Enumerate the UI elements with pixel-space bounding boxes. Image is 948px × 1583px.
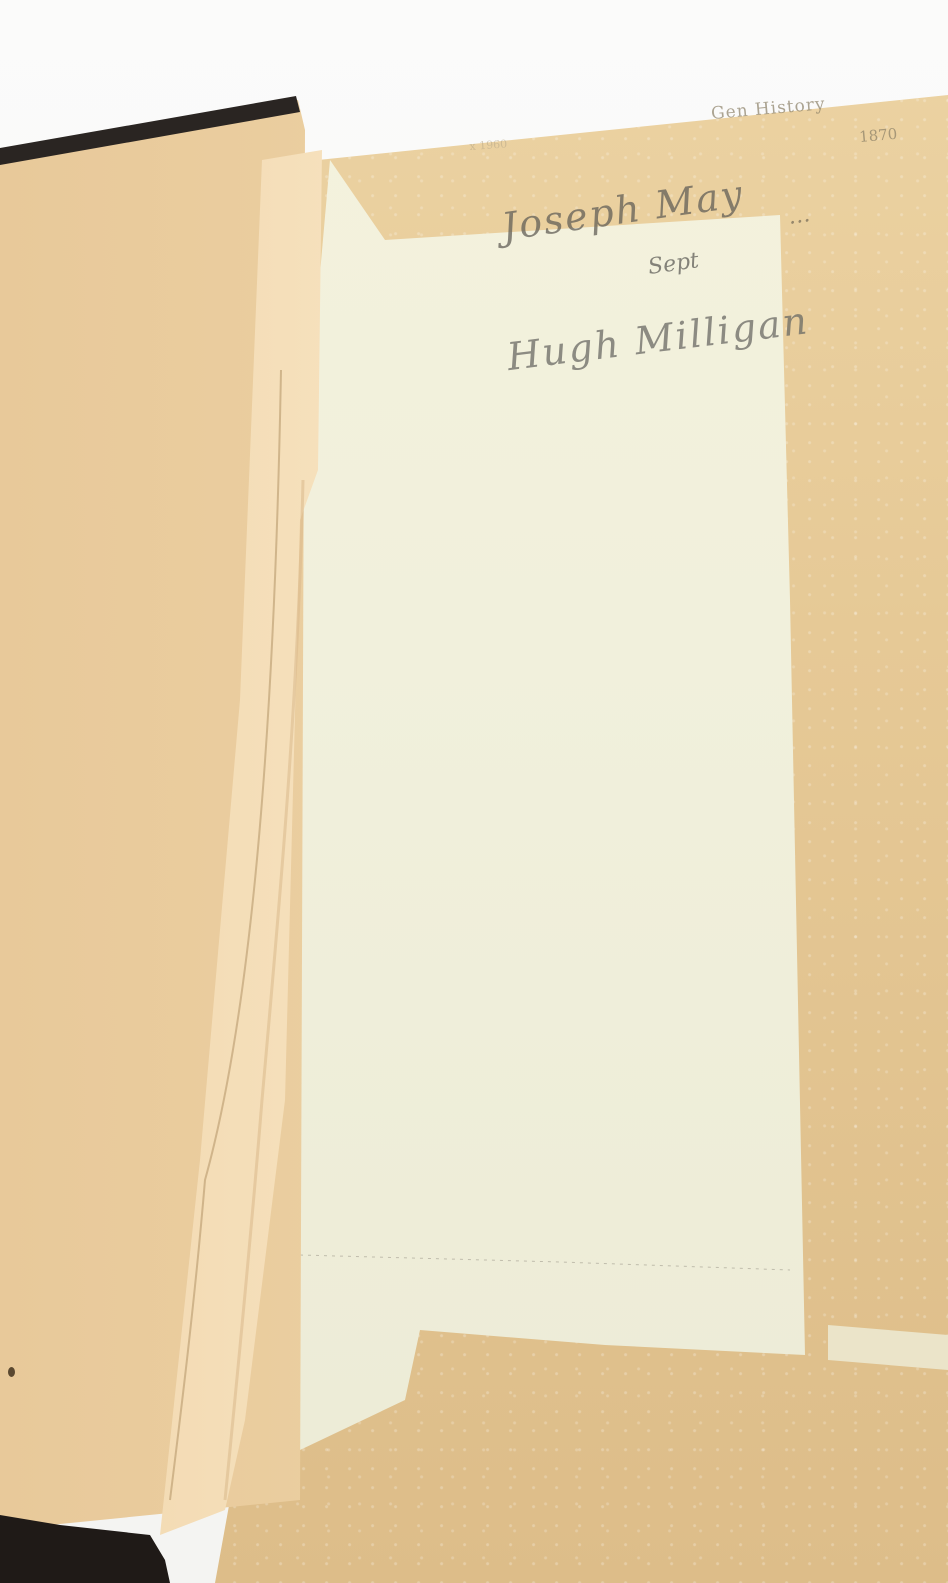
inscription-owner-name-1-suffix: … bbox=[787, 202, 813, 230]
inscription-small-note: x 1960 bbox=[469, 137, 508, 153]
inscription-year: 1870 bbox=[858, 125, 898, 146]
book-photograph: x 1960 Gen History 1870 Joseph May … Sep… bbox=[0, 0, 948, 1583]
cover-stain-spot bbox=[8, 1367, 15, 1377]
